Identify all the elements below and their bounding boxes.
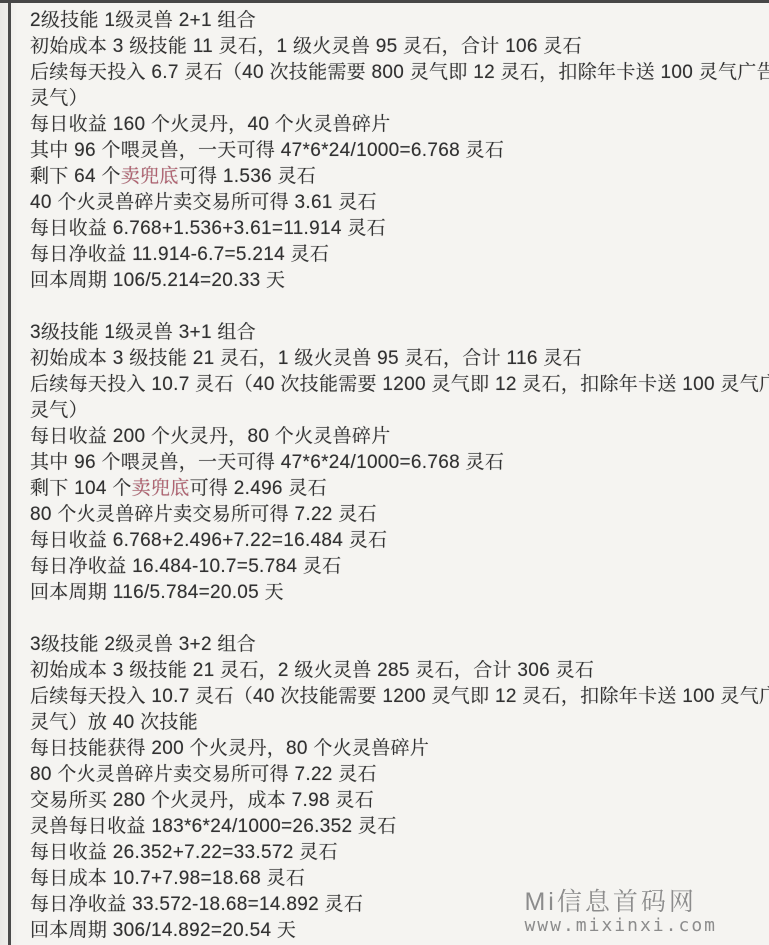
text-line: 每日净收益 11.914-6.7=5.214 灵石 bbox=[30, 242, 763, 268]
text-segment: 每日净收益 16.484-10.7=5.784 灵石 bbox=[30, 556, 341, 577]
text-segment: 每日技能获得 200 个火灵丹，80 个火灵兽碎片 bbox=[30, 738, 429, 759]
text-segment: 灵气）放 40 次技能 bbox=[30, 712, 198, 733]
text-segment: 回本周期 106/5.214=20.33 天 bbox=[30, 270, 285, 291]
text-segment: 每日收益 26.352+7.22=33.572 灵石 bbox=[30, 842, 338, 863]
text-segment: 回本周期 306/14.892=20.54 天 bbox=[30, 920, 296, 941]
text-line: 3级技能 2级灵兽 3+2 组合 bbox=[30, 632, 763, 658]
text-line: 每日收益 26.352+7.22=33.572 灵石 bbox=[30, 840, 763, 866]
text-segment: 后续每天投入 6.7 灵石（40 次技能需要 800 灵气即 12 灵石，扣除年… bbox=[30, 62, 769, 83]
highlighted-text: 卖兜底 bbox=[121, 166, 179, 187]
text-segment: 每日收益 6.768+1.536+3.61=11.914 灵石 bbox=[30, 218, 386, 239]
text-segment: 后续每天投入 10.7 灵石（40 次技能需要 1200 灵气即 12 灵石，扣… bbox=[30, 686, 769, 707]
text-segment: 可得 1.536 灵石 bbox=[179, 166, 316, 187]
text-line: 回本周期 106/5.214=20.33 天 bbox=[30, 268, 763, 294]
text-line: 灵气） bbox=[30, 86, 763, 112]
text-line: 灵气） bbox=[30, 398, 763, 424]
text-line: 初始成本 3 级技能 21 灵石，2 级火灵兽 285 灵石，合计 306 灵石 bbox=[30, 658, 763, 684]
text-segment: 80 个火灵兽碎片卖交易所可得 7.22 灵石 bbox=[30, 764, 377, 785]
text-segment: 每日净收益 33.572-18.68=14.892 灵石 bbox=[30, 894, 363, 915]
text-line: 3级技能 1级灵兽 3+1 组合 bbox=[30, 320, 763, 346]
text-segment: 剩下 64 个 bbox=[30, 166, 121, 187]
text-line: 80 个火灵兽碎片卖交易所可得 7.22 灵石 bbox=[30, 502, 763, 528]
text-segment: 其中 96 个喂灵兽，一天可得 47*6*24/1000=6.768 灵石 bbox=[30, 140, 504, 161]
highlighted-text: 卖兜底 bbox=[132, 478, 190, 499]
text-segment: 80 个火灵兽碎片卖交易所可得 7.22 灵石 bbox=[30, 504, 377, 525]
text-line: 2级技能 1级灵兽 2+1 组合 bbox=[30, 8, 763, 34]
text-segment: 每日收益 6.768+2.496+7.22=16.484 灵石 bbox=[30, 530, 387, 551]
text-block-1: 2级技能 1级灵兽 2+1 组合初始成本 3 级技能 11 灵石，1 级火灵兽 … bbox=[30, 8, 763, 294]
text-line: 每日收益 200 个火灵丹，80 个火灵兽碎片 bbox=[30, 424, 763, 450]
text-segment: 回本周期 116/5.784=20.05 天 bbox=[30, 582, 284, 603]
text-line: 后续每天投入 10.7 灵石（40 次技能需要 1200 灵气即 12 灵石，扣… bbox=[30, 372, 763, 398]
text-line: 80 个火灵兽碎片卖交易所可得 7.22 灵石 bbox=[30, 762, 763, 788]
text-segment: 其中 96 个喂灵兽，一天可得 47*6*24/1000=6.768 灵石 bbox=[30, 452, 504, 473]
text-line: 交易所买 280 个火灵丹，成本 7.98 灵石 bbox=[30, 788, 763, 814]
text-line: 灵气）放 40 次技能 bbox=[30, 710, 763, 736]
text-segment: 3级技能 1级灵兽 3+1 组合 bbox=[30, 322, 256, 343]
text-segment: 每日收益 160 个火灵丹，40 个火灵兽碎片 bbox=[30, 114, 391, 135]
text-line: 每日收益 6.768+2.496+7.22=16.484 灵石 bbox=[30, 528, 763, 554]
text-segment: 3级技能 2级灵兽 3+2 组合 bbox=[30, 634, 256, 655]
text-segment: 每日净收益 11.914-6.7=5.214 灵石 bbox=[30, 244, 329, 265]
text-segment: 可得 2.496 灵石 bbox=[190, 478, 327, 499]
document: 2级技能 1级灵兽 2+1 组合初始成本 3 级技能 11 灵石，1 级火灵兽 … bbox=[30, 8, 763, 944]
text-line: 灵兽每日收益 183*6*24/1000=26.352 灵石 bbox=[30, 814, 763, 840]
text-segment: 灵兽每日收益 183*6*24/1000=26.352 灵石 bbox=[30, 816, 397, 837]
text-segment: 每日收益 200 个火灵丹，80 个火灵兽碎片 bbox=[30, 426, 391, 447]
watermark: Mi信息首码网 www.mixinxi.com bbox=[524, 888, 717, 937]
text-segment: 每日成本 10.7+7.98=18.68 灵石 bbox=[30, 868, 305, 889]
text-line: 其中 96 个喂灵兽，一天可得 47*6*24/1000=6.768 灵石 bbox=[30, 138, 763, 164]
text-line: 每日净收益 16.484-10.7=5.784 灵石 bbox=[30, 554, 763, 580]
text-segment: 灵气） bbox=[30, 88, 88, 109]
text-line: 剩下 104 个卖兜底可得 2.496 灵石 bbox=[30, 476, 763, 502]
text-line: 回本周期 116/5.784=20.05 天 bbox=[30, 580, 763, 606]
text-segment: 剩下 104 个 bbox=[30, 478, 132, 499]
text-segment: 初始成本 3 级技能 11 灵石，1 级火灵兽 95 灵石，合计 106 灵石 bbox=[30, 36, 582, 57]
text-line: 后续每天投入 10.7 灵石（40 次技能需要 1200 灵气即 12 灵石，扣… bbox=[30, 684, 763, 710]
text-line: 每日收益 6.768+1.536+3.61=11.914 灵石 bbox=[30, 216, 763, 242]
text-line: 后续每天投入 6.7 灵石（40 次技能需要 800 灵气即 12 灵石，扣除年… bbox=[30, 60, 763, 86]
text-segment: 初始成本 3 级技能 21 灵石，2 级火灵兽 285 灵石，合计 306 灵石 bbox=[30, 660, 594, 681]
page-background: 2级技能 1级灵兽 2+1 组合初始成本 3 级技能 11 灵石，1 级火灵兽 … bbox=[0, 0, 769, 945]
watermark-site-name: Mi信息首码网 bbox=[524, 888, 717, 917]
text-segment: 初始成本 3 级技能 21 灵石，1 级火灵兽 95 灵石，合计 116 灵石 bbox=[30, 348, 582, 369]
text-line: 40 个火灵兽碎片卖交易所可得 3.61 灵石 bbox=[30, 190, 763, 216]
watermark-site-url: www.mixinxi.com bbox=[524, 916, 717, 937]
text-segment: 灵气） bbox=[30, 400, 88, 421]
text-line: 初始成本 3 级技能 21 灵石，1 级火灵兽 95 灵石，合计 116 灵石 bbox=[30, 346, 763, 372]
text-segment: 2级技能 1级灵兽 2+1 组合 bbox=[30, 10, 256, 31]
text-segment: 后续每天投入 10.7 灵石（40 次技能需要 1200 灵气即 12 灵石，扣… bbox=[30, 374, 769, 395]
left-border-rule bbox=[8, 3, 11, 945]
text-line: 初始成本 3 级技能 11 灵石，1 级火灵兽 95 灵石，合计 106 灵石 bbox=[30, 34, 763, 60]
text-line: 其中 96 个喂灵兽，一天可得 47*6*24/1000=6.768 灵石 bbox=[30, 450, 763, 476]
text-line: 每日收益 160 个火灵丹，40 个火灵兽碎片 bbox=[30, 112, 763, 138]
text-line: 剩下 64 个卖兜底可得 1.536 灵石 bbox=[30, 164, 763, 190]
text-line: 每日技能获得 200 个火灵丹，80 个火灵兽碎片 bbox=[30, 736, 763, 762]
text-segment: 交易所买 280 个火灵丹，成本 7.98 灵石 bbox=[30, 790, 374, 811]
text-block-2: 3级技能 1级灵兽 3+1 组合初始成本 3 级技能 21 灵石，1 级火灵兽 … bbox=[30, 320, 763, 606]
text-segment: 40 个火灵兽碎片卖交易所可得 3.61 灵石 bbox=[30, 192, 377, 213]
